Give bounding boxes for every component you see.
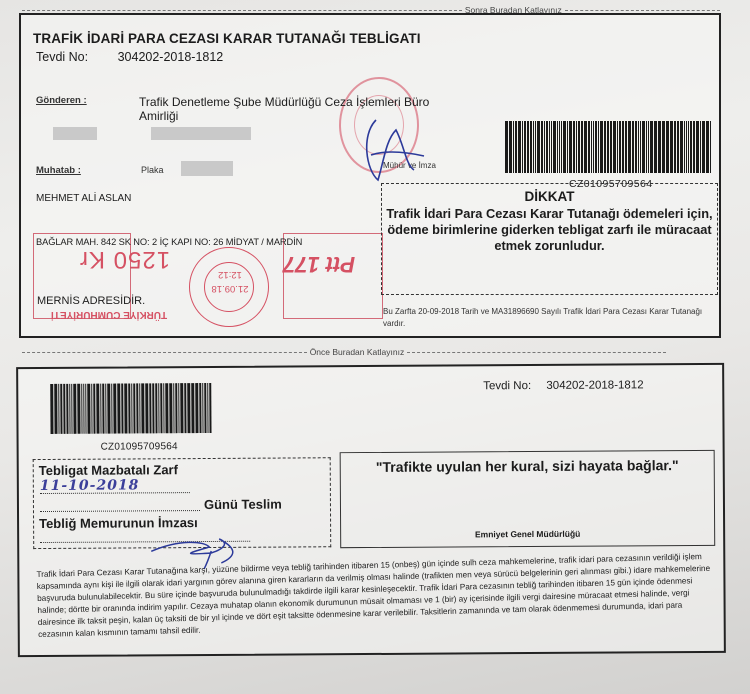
barcode-bar — [518, 121, 521, 173]
dashed-line — [22, 352, 307, 353]
barcode-bar — [187, 383, 190, 433]
barcode-bar — [535, 121, 536, 173]
barcode-bar — [584, 121, 587, 173]
barcode-bar — [710, 121, 711, 173]
barcode-bar — [527, 121, 529, 173]
barcode-bar — [650, 121, 653, 173]
barcode-bar — [610, 121, 612, 173]
barcode-bar — [546, 121, 548, 173]
barcode-bar — [133, 383, 135, 433]
barcode-bar — [544, 121, 545, 173]
barcode-bar — [600, 121, 603, 173]
tevdi-value: 304202-2018-1812 — [118, 50, 224, 64]
tevdi-value: 304202-2018-1812 — [546, 379, 643, 392]
barcode-bar — [199, 383, 201, 433]
barcode-bar — [553, 121, 556, 173]
barcode-bar — [607, 121, 609, 173]
barcode-number: CZ01095709564 — [101, 441, 178, 452]
delivery-record-box: Tebligat Mazbatalı Zarf 11-10-2018 Günü … — [33, 457, 332, 549]
postmark-date: 21.09.18 — [208, 281, 252, 295]
barcode-bar — [513, 121, 514, 173]
delivery-record-title: Tebligat Mazbatalı Zarf — [39, 462, 178, 478]
postage-country: TÜRKİYE CUMHURİYETİ — [51, 309, 167, 320]
barcode-bar — [541, 121, 543, 173]
plate-label: Plaka — [141, 165, 164, 175]
dotted-line — [40, 510, 200, 512]
barcode-bar — [658, 121, 661, 173]
postmark-datetime: 21.09.18 12:12 — [208, 267, 252, 295]
barcode-bar — [567, 121, 568, 173]
barcode-bar — [595, 121, 597, 173]
barcode-bar — [128, 383, 130, 433]
fold-line-middle: Önce Buradan Katlayınız — [22, 346, 666, 358]
sender-label: Gönderen : — [36, 95, 87, 106]
barcode-bar — [670, 121, 673, 173]
barcode-bar — [152, 383, 154, 433]
delivery-day-label: Günü Teslim — [204, 497, 282, 512]
barcode-bar — [706, 121, 709, 173]
postage-amount: 1250 Kr — [79, 245, 170, 273]
barcode-bar — [702, 121, 705, 173]
barcode-bar — [593, 121, 594, 173]
barcode-bar — [563, 121, 566, 173]
redacted-field — [53, 127, 97, 140]
barcode-bar — [530, 121, 532, 173]
barcode-bar — [617, 121, 618, 173]
mernis-address-note: MERNİS ADRESİDİR. — [37, 295, 145, 307]
barcode-bar — [578, 121, 580, 173]
safety-slogan-box: "Trafikte uyulan her kural, sizi hayata … — [340, 450, 716, 548]
barcode-bar — [121, 384, 123, 434]
barcode-bar — [684, 121, 685, 173]
tevdi-label: Tevdi No: — [36, 50, 88, 64]
barcode-bar — [184, 383, 186, 433]
barcode-bar — [136, 383, 138, 433]
barcode-bar — [96, 384, 99, 434]
notification-envelope-front: TRAFİK İDARİ PARA CEZASI KARAR TUTANAĞI … — [19, 13, 721, 338]
barcode-bar — [573, 121, 575, 173]
tevdi-label: Tevdi No: — [483, 380, 531, 392]
barcode-bar — [622, 121, 624, 173]
barcode-bar — [625, 121, 627, 173]
barcode-bar — [646, 121, 647, 173]
barcode-bar — [50, 384, 53, 434]
barcode-bar — [509, 121, 512, 173]
envelope-content-note: Bu Zarfta 20-09-2018 Tarih ve MA31896690… — [383, 306, 713, 330]
barcode-bar — [54, 384, 57, 434]
barcode-bar — [537, 121, 540, 173]
barcode-bar — [635, 121, 637, 173]
barcode-bar — [686, 121, 687, 173]
dashed-line — [22, 10, 462, 11]
barcode-bar — [195, 383, 198, 433]
barcode-bar — [73, 384, 76, 434]
barcode-bar — [640, 121, 641, 173]
recipient-label: Muhatab : — [36, 165, 81, 176]
barcode-bar — [522, 121, 523, 173]
dashed-line — [407, 352, 666, 353]
barcode-bar — [113, 384, 116, 434]
barcode-bar — [588, 121, 590, 173]
barcode-bar — [63, 384, 65, 434]
barcode-bar — [581, 121, 583, 173]
redacted-field — [151, 127, 251, 140]
barcode-bar — [515, 121, 517, 173]
barcode-bar — [690, 121, 692, 173]
tevdi-number: Tevdi No: 304202-2018-1812 — [36, 50, 223, 64]
barcode-bar — [169, 383, 172, 433]
barcode-bar — [155, 383, 157, 433]
barcode-bar — [696, 121, 699, 173]
barcode-bar — [102, 384, 104, 434]
tevdi-number: Tevdi No: 304202-2018-1812 — [483, 379, 643, 392]
barcode-bar — [559, 121, 560, 173]
recipient-address: BAĞLAR MAH. 842 SK NO: 2 İÇ KAPI NO: 26 … — [36, 237, 302, 247]
barcode-bar — [87, 384, 90, 434]
barcode-bar — [642, 121, 645, 173]
barcode-bottom — [50, 383, 212, 434]
ptt-logo: Ptt 177 — [283, 251, 355, 277]
barcode-bar — [619, 121, 621, 173]
attention-title: DİKKAT — [382, 189, 717, 205]
fold-instruction-middle: Önce Buradan Katlayınız — [307, 347, 408, 357]
barcode-bar — [598, 121, 599, 173]
barcode-bar — [648, 121, 649, 173]
barcode-bar — [549, 121, 550, 173]
legal-notice-text: Trafik İdari Para Cezası Karar Tutanağın… — [36, 551, 713, 641]
barcode-bar — [688, 121, 689, 173]
postmark-time: 12:12 — [208, 267, 252, 281]
barcode-bar — [604, 121, 606, 173]
barcode-bar — [175, 383, 177, 433]
barcode-bar — [93, 384, 95, 434]
barcode-bar — [638, 121, 639, 173]
recipient-name: MEHMET ALİ ASLAN — [36, 193, 131, 204]
barcode-bar — [107, 384, 110, 434]
barcode-bar — [145, 383, 148, 433]
slogan-source: Emniyet Genel Müdürlüğü — [341, 528, 714, 540]
attention-body: Trafik İdari Para Cezası Karar Tutanağı … — [382, 206, 717, 254]
barcode-bar — [654, 121, 657, 173]
barcode-bar — [180, 383, 183, 433]
barcode-top — [505, 121, 712, 173]
barcode-bar — [160, 383, 162, 433]
dotted-line — [40, 492, 190, 494]
barcode-bar — [524, 121, 526, 173]
barcode-bar — [77, 384, 80, 434]
delivery-receipt-section: CZ01095709564 Tevdi No: 304202-2018-1812… — [16, 363, 726, 657]
barcode-bar — [149, 383, 151, 433]
dashed-line — [565, 10, 720, 11]
barcode-bar — [666, 121, 669, 173]
barcode-bar — [60, 384, 62, 434]
barcode-bar — [576, 121, 577, 173]
barcode-bar — [569, 121, 572, 173]
signature-icon — [356, 110, 426, 185]
barcode-bar — [124, 383, 127, 433]
safety-slogan: "Trafikte uyulan her kural, sizi hayata … — [341, 457, 714, 476]
barcode-bar — [693, 121, 695, 173]
barcode-bar — [674, 121, 676, 173]
attention-notice-box: DİKKAT Trafik İdari Para Cezası Karar Tu… — [381, 183, 718, 295]
barcode-bar — [117, 384, 120, 434]
barcode-bar — [505, 121, 508, 173]
barcode-bar — [628, 121, 631, 173]
barcode-bar — [141, 383, 144, 433]
barcode-bar — [700, 121, 701, 173]
barcode-bar — [680, 121, 683, 173]
barcode-bar — [632, 121, 634, 173]
barcode-bar — [209, 383, 211, 433]
barcode-bar — [613, 121, 616, 173]
barcode-bar — [533, 121, 534, 173]
barcode-bar — [557, 121, 558, 173]
barcode-bar — [561, 121, 562, 173]
redacted-plate — [181, 161, 233, 176]
barcode-bar — [191, 383, 194, 433]
barcode-bar — [591, 121, 592, 173]
barcode-bar — [551, 121, 552, 173]
barcode-bar — [662, 121, 665, 173]
barcode-bar — [204, 383, 206, 433]
barcode-bar — [66, 384, 68, 434]
barcode-bar — [677, 121, 679, 173]
document-title: TRAFİK İDARİ PARA CEZASI KARAR TUTANAĞI … — [33, 31, 421, 46]
barcode-bar — [165, 383, 168, 433]
